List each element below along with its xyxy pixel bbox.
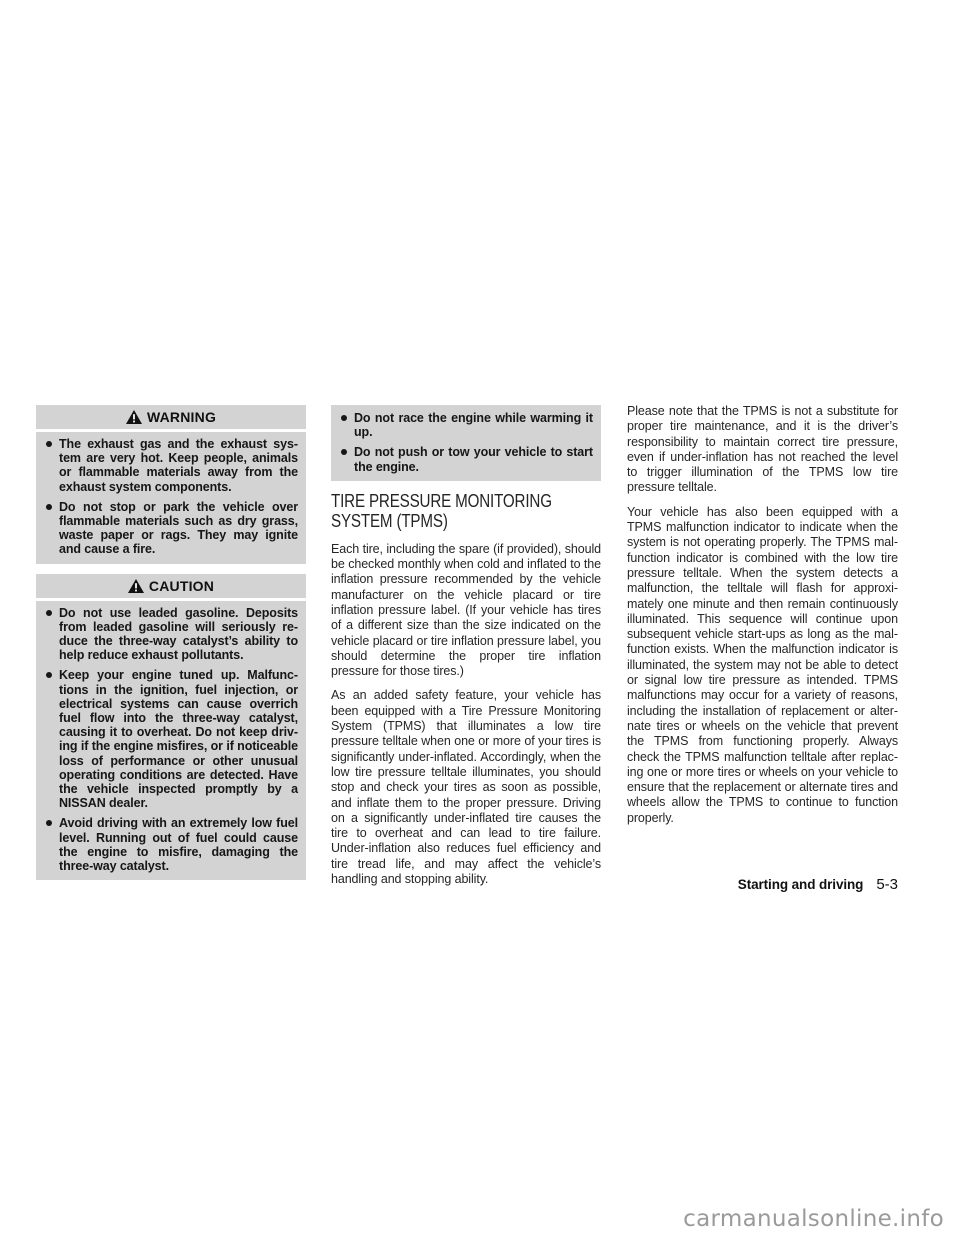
right-column: Please note that the TPMS is not a subst… — [627, 404, 898, 826]
tpms-paragraph: As an added safety feature, your vehicle… — [331, 688, 601, 887]
warning-triangle-icon — [128, 579, 144, 593]
tpms-paragraph: Please note that the TPMS is not a subst… — [627, 404, 898, 496]
alert-item: Do not push or tow your vehicle to start… — [339, 445, 593, 473]
footer-section-title: Starting and driving — [738, 877, 864, 892]
alert-item: Do not race the engine while warming it … — [339, 411, 593, 439]
caution-box-header: CAUTION — [36, 574, 306, 598]
warning-continued-body: Do not race the engine while warming it … — [331, 405, 601, 481]
warning-continued-list: Do not race the engine while warming it … — [339, 411, 593, 474]
section-heading-tpms: TIRE PRESSURE MONITORING SYSTEM (TPMS) — [331, 491, 602, 532]
caution-box-body: Do not use leaded gasoline. Deposits fro… — [36, 601, 306, 881]
alert-item: Do not stop or park the vehicle over fla… — [44, 500, 298, 557]
warning-box-body: The exhaust gas and the exhaust sys­tem … — [36, 432, 306, 564]
warning-list: The exhaust gas and the exhaust sys­tem … — [44, 437, 298, 557]
alert-item: The exhaust gas and the exhaust sys­tem … — [44, 437, 298, 494]
middle-column: Do not race the engine while warming it … — [331, 405, 601, 887]
footer-page-number: 5-3 — [876, 876, 898, 893]
caution-box: CAUTION Do not use leaded gasoline. Depo… — [36, 574, 306, 881]
warning-continued-box: Do not race the engine while warming it … — [331, 405, 601, 481]
tpms-paragraph: Each tire, including the spare (if provi… — [331, 542, 601, 680]
warning-box-header: WARNING — [36, 405, 306, 429]
warning-box: WARNING The exhaust gas and the exhaust … — [36, 405, 306, 564]
tpms-paragraph: Your vehicle has also been equipped with… — [627, 505, 898, 826]
left-column: WARNING The exhaust gas and the exhaust … — [36, 405, 306, 890]
page-footer: Starting and driving5-3 — [627, 876, 898, 894]
warning-triangle-icon — [126, 410, 142, 424]
manual-page: WARNING The exhaust gas and the exhaust … — [0, 0, 960, 1242]
alert-item: Keep your engine tuned up. Malfunc­tions… — [44, 668, 298, 810]
watermark: carmanualsonline.info — [683, 1206, 944, 1232]
warning-box-title: WARNING — [147, 409, 216, 425]
alert-item: Avoid driving with an extremely low fuel… — [44, 816, 298, 873]
caution-box-title: CAUTION — [149, 578, 214, 594]
caution-list: Do not use leaded gasoline. Deposits fro… — [44, 606, 298, 874]
alert-item: Do not use leaded gasoline. Deposits fro… — [44, 606, 298, 663]
